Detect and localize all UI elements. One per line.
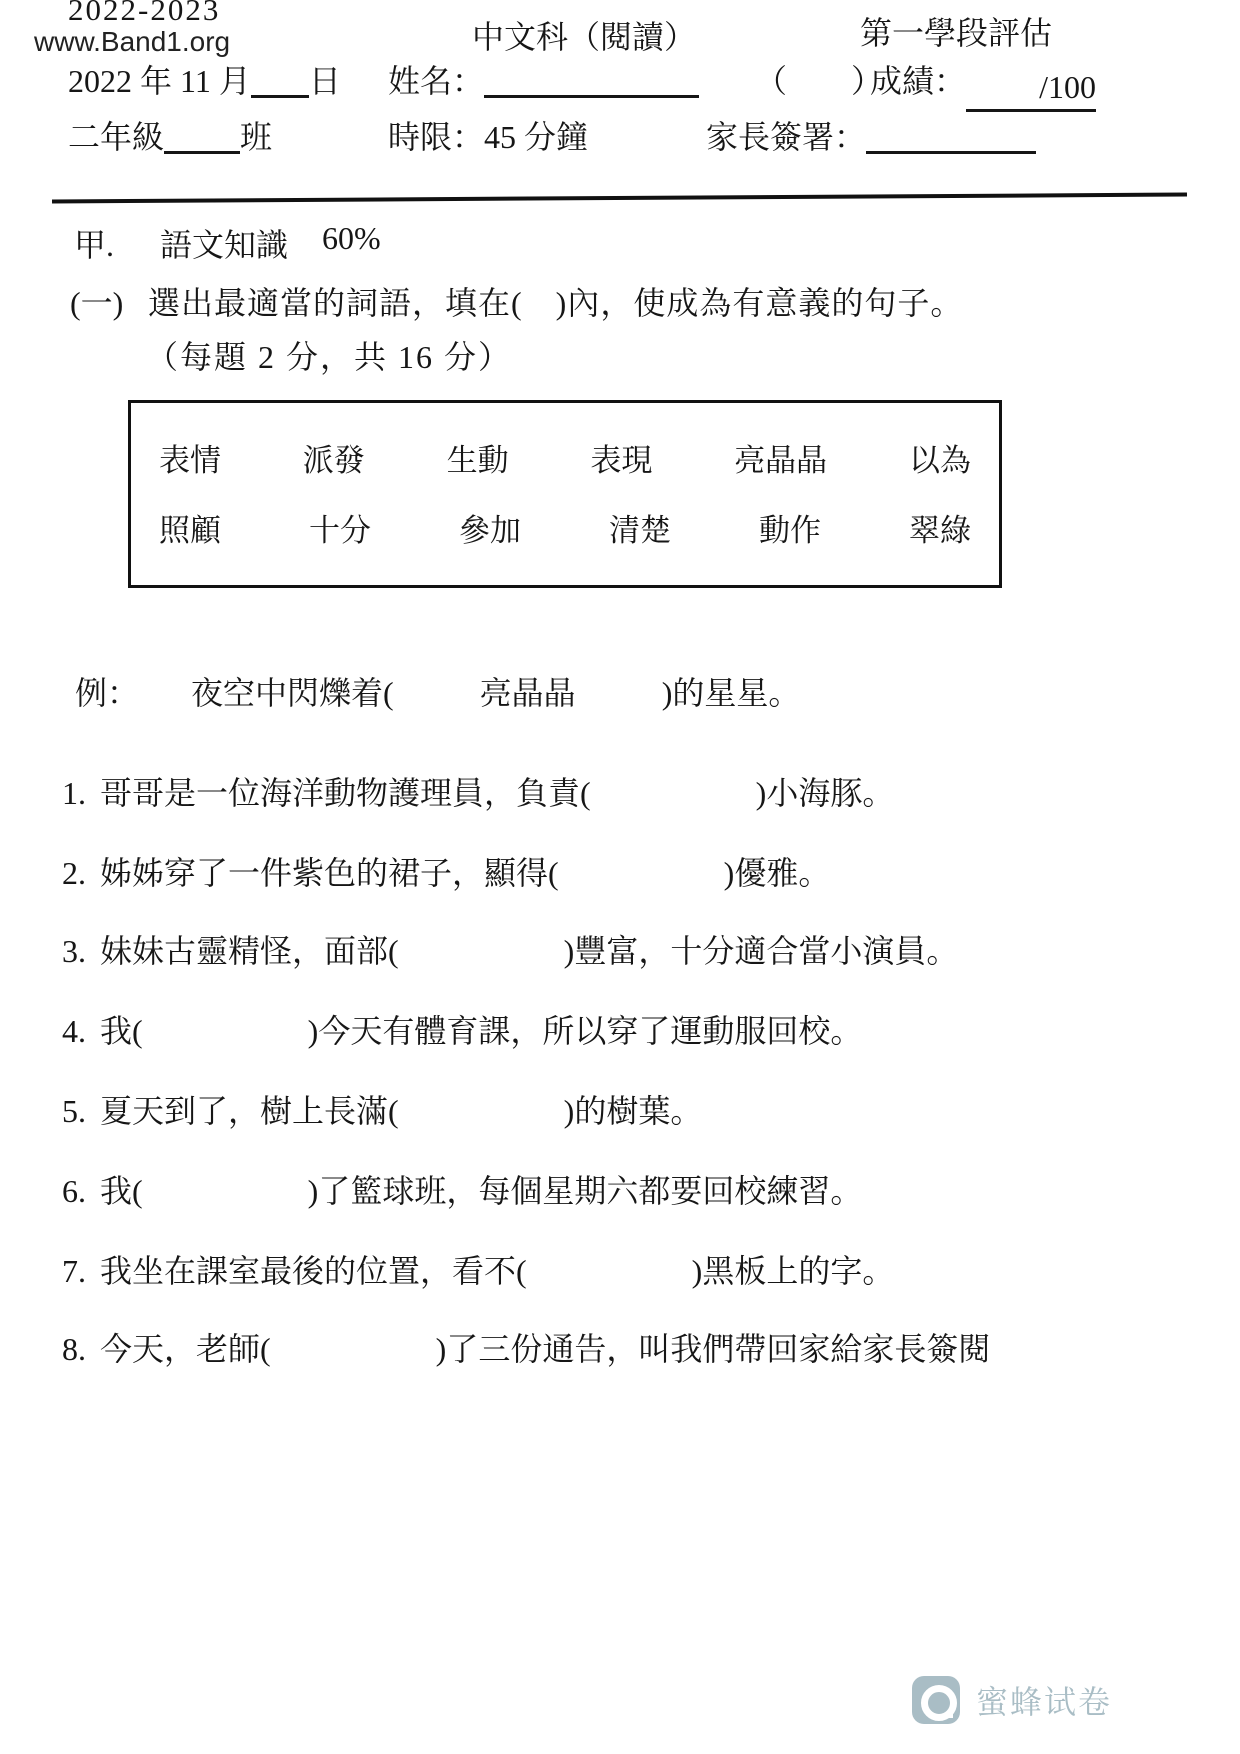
parent-sign-blank bbox=[866, 117, 1036, 154]
item-number: 5. bbox=[62, 1093, 100, 1130]
example-label: 例： bbox=[75, 675, 139, 711]
assessment-title: 第一學段評估 bbox=[860, 8, 1052, 54]
item-text-before: 妹妹古靈精怪，面部( bbox=[100, 933, 399, 969]
word-option: 表現 bbox=[590, 435, 652, 480]
question-item-6: 6.我()了籃球班，每個星期六都要回校練習。 bbox=[62, 1166, 862, 1212]
word-option: 亮晶晶 bbox=[734, 435, 827, 480]
item-text-before: 哥哥是一位海洋動物護理員，負責( bbox=[100, 775, 591, 811]
subject-title: 中文科（閱讀） bbox=[472, 12, 696, 58]
word-bank-box: 表情 派發 生動 表現 亮晶晶 以為 照顧 十分 參加 清楚 動作 翠綠 bbox=[128, 400, 1002, 588]
word-option: 清楚 bbox=[609, 505, 671, 550]
section-a-weight: 60% bbox=[322, 220, 381, 257]
word-option: 翠綠 bbox=[909, 505, 971, 550]
item-text-before: 我( bbox=[100, 1013, 143, 1049]
item-text-after: )豐富，十分適合當小演員。 bbox=[564, 933, 959, 969]
question-1-marks: （每題 2 分，共 16 分） bbox=[146, 332, 512, 378]
question-item-8: 8.今天，老師()了三份通告，叫我們帶回家給家長簽閱 bbox=[62, 1324, 990, 1370]
header-divider bbox=[52, 193, 1187, 204]
example-before: 夜空中閃爍着( bbox=[191, 675, 394, 711]
example-answer: 亮晶晶 bbox=[394, 668, 662, 714]
question-1-instruction: 選出最適當的詞語，填在( )內，使成為有意義的句子。 bbox=[148, 278, 963, 324]
grade-line: 二年級班 bbox=[68, 112, 272, 158]
date-prefix: 2022 年 11 月 bbox=[68, 63, 251, 99]
score-label: 成績： bbox=[870, 63, 966, 99]
item-text-after: )小海豚。 bbox=[756, 775, 895, 811]
word-option: 參加 bbox=[459, 505, 521, 550]
parent-sign-line: 家長簽署： bbox=[706, 112, 1036, 158]
bee-exam-logo-icon bbox=[912, 1676, 960, 1724]
example-after: )的星星。 bbox=[662, 675, 801, 711]
word-option: 派發 bbox=[303, 435, 365, 480]
item-number: 2. bbox=[62, 855, 100, 892]
item-text-before: 夏天到了，樹上長滿( bbox=[100, 1093, 399, 1129]
item-number: 1. bbox=[62, 775, 100, 812]
brand-name: 蜜蜂试卷 bbox=[976, 1677, 1112, 1723]
word-option: 生動 bbox=[447, 435, 509, 480]
item-number: 6. bbox=[62, 1173, 100, 1210]
word-option: 表情 bbox=[159, 435, 221, 480]
item-text-after: )了三份通告，叫我們帶回家給家長簽閱 bbox=[436, 1331, 991, 1367]
name-label: 姓名： bbox=[388, 63, 484, 99]
score-blank: /100 bbox=[966, 69, 1096, 112]
item-text-after: )了籃球班，每個星期六都要回校練習。 bbox=[308, 1173, 863, 1209]
name-line: 姓名： bbox=[388, 56, 699, 102]
question-item-5: 5.夏天到了，樹上長滿()的樹葉。 bbox=[62, 1086, 702, 1132]
word-option: 以為 bbox=[909, 435, 971, 480]
question-item-4: 4.我()今天有體育課，所以穿了運動服回校。 bbox=[62, 1006, 862, 1052]
item-text-after: )的樹葉。 bbox=[564, 1093, 703, 1129]
item-number: 8. bbox=[62, 1331, 100, 1368]
section-a-title: 語文知識 bbox=[160, 220, 288, 266]
question-item-2: 2.姊姊穿了一件紫色的裙子，顯得()優雅。 bbox=[62, 848, 830, 894]
name-blank bbox=[484, 61, 699, 98]
item-text-before: 我( bbox=[100, 1173, 143, 1209]
score-line: 成績：/100 bbox=[870, 56, 1096, 112]
grade-label: 二年級 bbox=[68, 119, 164, 155]
item-text-before: 姊姊穿了一件紫色的裙子，顯得( bbox=[100, 855, 559, 891]
parent-sign-label: 家長簽署： bbox=[706, 119, 866, 155]
example-sentence: 例：夜空中閃爍着(亮晶晶)的星星。 bbox=[75, 668, 800, 714]
word-bank-row-2: 照顧 十分 參加 清楚 動作 翠綠 bbox=[131, 505, 999, 550]
class-suffix: 班 bbox=[240, 119, 272, 155]
school-year: 2022-2023 bbox=[68, 0, 220, 28]
item-text-before: 我坐在課室最後的位置，看不( bbox=[100, 1253, 527, 1289]
watermark-url: www.Band1.org bbox=[34, 26, 230, 58]
item-number: 7. bbox=[62, 1253, 100, 1290]
date-suffix: 日 bbox=[309, 63, 341, 99]
section-a-label: 甲. bbox=[74, 220, 114, 266]
word-bank-row-1: 表情 派發 生動 表現 亮晶晶 以為 bbox=[131, 435, 999, 480]
word-option: 十分 bbox=[309, 505, 371, 550]
item-number: 3. bbox=[62, 933, 100, 970]
item-text-after: )今天有體育課，所以穿了運動服回校。 bbox=[308, 1013, 863, 1049]
question-item-7: 7.我坐在課室最後的位置，看不()黑板上的字。 bbox=[62, 1246, 894, 1292]
word-option: 照顧 bbox=[159, 505, 221, 550]
word-option: 動作 bbox=[759, 505, 821, 550]
day-blank bbox=[251, 61, 309, 98]
question-1-number: (一) bbox=[70, 278, 123, 324]
item-text-after: )黑板上的字。 bbox=[692, 1253, 895, 1289]
exam-paper-page: 2022-2023 www.Band1.org 中文科（閱讀） 第一學段評估 2… bbox=[0, 0, 1240, 1754]
item-text-before: 今天，老師( bbox=[100, 1331, 271, 1367]
brand-footer: 蜜蜂试卷 bbox=[912, 1676, 1112, 1724]
date-line: 2022 年 11 月日 bbox=[68, 56, 341, 102]
question-item-1: 1.哥哥是一位海洋動物護理員，負責()小海豚。 bbox=[62, 768, 894, 814]
item-text-after: )優雅。 bbox=[724, 855, 831, 891]
question-item-3: 3.妹妹古靈精怪，面部()豐富，十分適合當小演員。 bbox=[62, 926, 958, 972]
class-blank bbox=[164, 117, 240, 154]
item-number: 4. bbox=[62, 1013, 100, 1050]
time-limit: 時限：45 分鐘 bbox=[388, 112, 588, 158]
class-number-paren: （ ） bbox=[755, 56, 883, 102]
